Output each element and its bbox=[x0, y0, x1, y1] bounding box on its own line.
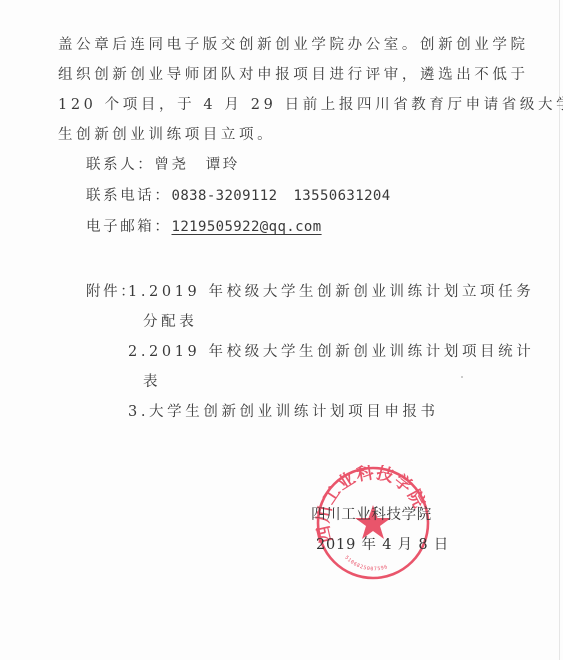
paragraph-line-1: 盖公章后连同电子版交创新创业学院办公室。创新创业学院 bbox=[58, 36, 529, 54]
contact-phone-label: 联系电话： bbox=[86, 188, 172, 204]
paragraph-line-3: 120 个项目，于 4 月 29 日前上报四川省教育厅申请省级大学 bbox=[58, 96, 563, 114]
contact-person-label: 联系人： bbox=[86, 157, 154, 173]
attachment-number-1: 1. bbox=[128, 284, 149, 300]
contact-person-row: 联系人：曾尧 谭玲 bbox=[86, 156, 240, 174]
attachment-item-2: 2.2019 年校级大学生创新创业训练计划项目统计 bbox=[128, 343, 534, 361]
contact-email-label: 电子邮箱： bbox=[86, 219, 172, 235]
contact-person-names: 曾尧 谭玲 bbox=[154, 157, 240, 173]
seal-code: 5106825007596 bbox=[343, 555, 389, 573]
signature-date: 2019 年 4 月 8 日 bbox=[316, 533, 449, 554]
contact-phone-row: 联系电话：0838-320911213550631204 bbox=[86, 187, 391, 205]
signature-organization: 四川工业科技学院 bbox=[311, 503, 432, 524]
document-page: 盖公章后连同电子版交创新创业学院办公室。创新创业学院 组织创新创业导师团队对申报… bbox=[0, 0, 563, 660]
attachment-title-2: 2019 年校级大学生创新创业训练计划项目统计 bbox=[149, 344, 534, 360]
contact-email-link[interactable]: 1219505922@qq.com bbox=[172, 219, 322, 235]
paragraph-line-4: 生创新创业训练项目立项。 bbox=[58, 126, 275, 144]
attachment-item-3: 3.大学生创新创业训练计划项目申报书 bbox=[128, 403, 439, 421]
attachment-title-3: 大学生创新创业训练计划项目申报书 bbox=[149, 404, 439, 420]
scan-speck bbox=[461, 376, 463, 378]
attachment-item-1: 1.2019 年校级大学生创新创业训练计划立项任务 bbox=[128, 283, 534, 301]
svg-text:5106825007596: 5106825007596 bbox=[343, 555, 389, 573]
attachment-number-2: 2. bbox=[128, 344, 149, 360]
attachment-item-2-continued: 表 bbox=[143, 373, 161, 391]
contact-phone-1: 0838-3209112 bbox=[172, 188, 278, 204]
contact-email-row: 电子邮箱：1219505922@qq.com bbox=[86, 218, 322, 236]
attachment-number-3: 3. bbox=[128, 404, 149, 420]
paragraph-line-2: 组织创新创业导师团队对申报项目进行评审，遴选出不低于 bbox=[58, 66, 529, 84]
attachment-item-1-continued: 分配表 bbox=[143, 313, 197, 331]
attachment-title-1: 2019 年校级大学生创新创业训练计划立项任务 bbox=[149, 284, 534, 300]
contact-phone-2: 13550631204 bbox=[293, 188, 390, 204]
